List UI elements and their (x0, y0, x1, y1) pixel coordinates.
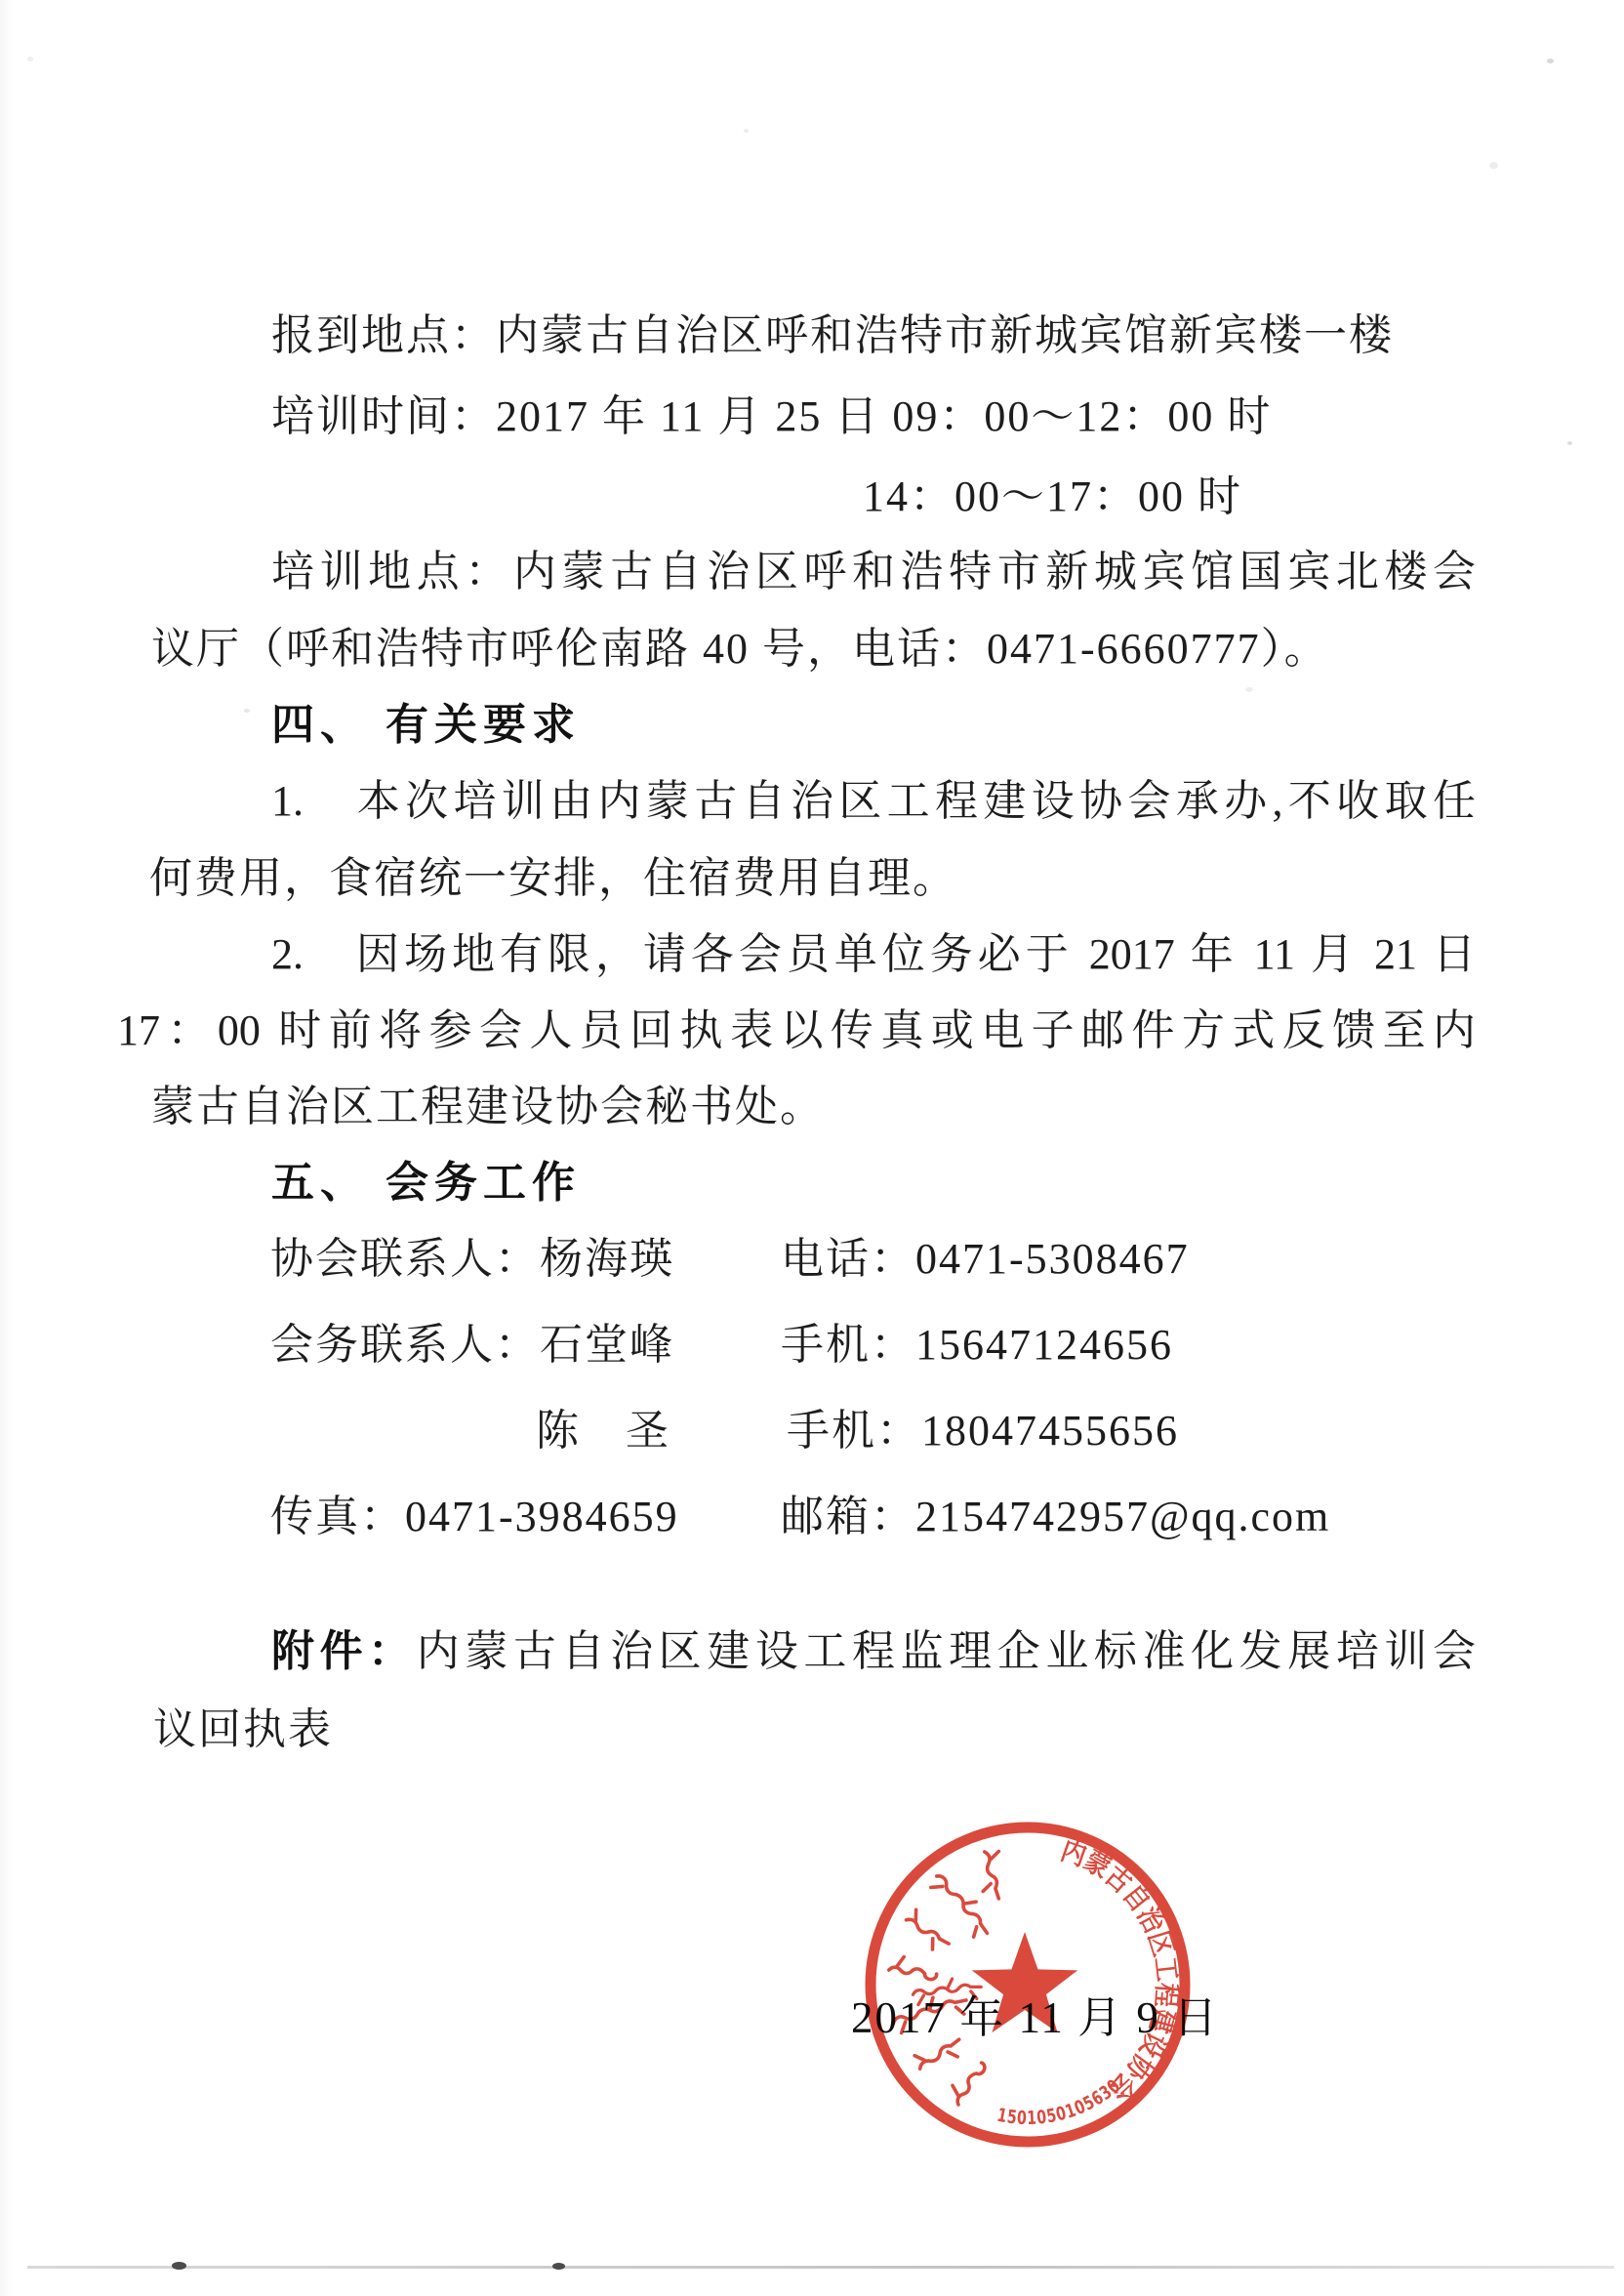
contact-name: 协会联系人：杨海瑛 (270, 1232, 674, 1286)
seal-star-icon (972, 1932, 1077, 2032)
contact-phone: 电话：0471-5308467 (781, 1232, 1190, 1286)
body-line-item-1: 1. 本次培训由内蒙古自治区工程建设协会承办,不收取任 (271, 774, 1476, 828)
section-heading-requirements: 四、 有关要求 (271, 698, 581, 752)
body-line-training-location-2: 议厅（呼和浩特市呼伦南路 40 号，电话：0471-6660777）。 (151, 622, 1329, 676)
contact-row: 陈 圣 手机：18047455656 (0, 1404, 1624, 1462)
official-seal: 内蒙古自治区工程建设协会 1501050105630 (859, 1816, 1197, 2153)
contact-phone: 手机：15647124656 (781, 1318, 1173, 1372)
paper-edge-mark (552, 2263, 565, 2270)
contact-email: 邮箱：2154742957@qq.com (781, 1490, 1330, 1543)
contact-name: 陈 圣 (536, 1404, 670, 1457)
contact-row: 协会联系人：杨海瑛 电话：0471-5308467 (0, 1232, 1624, 1291)
body-line-item-2-cont: 17：00 时前将参会人员回执表以传真或电子邮件方式反馈至内 (117, 1004, 1476, 1057)
body-line-checkin-location: 报到地点：内蒙古自治区呼和浩特市新城宾馆新宾楼一楼 (271, 308, 1394, 362)
paper-edge-mark (172, 2262, 186, 2270)
attachment-title: 内蒙古自治区建设工程监理企业标准化发展培训会 (417, 1627, 1476, 1675)
scan-speck (27, 57, 33, 61)
contact-phone: 手机：18047455656 (787, 1404, 1179, 1457)
scan-speck (1547, 59, 1554, 63)
body-line-training-time-2: 14：00～17：00 时 (863, 470, 1242, 523)
contact-name: 会务联系人：石堂峰 (270, 1318, 674, 1372)
body-line-item-2-end: 蒙古自治区工程建设协会秘书处。 (151, 1080, 825, 1133)
body-line-training-location: 培训地点：内蒙古自治区呼和浩特市新城宾馆国宾北楼会 (271, 545, 1476, 598)
scanned-document-page: 报到地点：内蒙古自治区呼和浩特市新城宾馆新宾楼一楼 培训时间：2017 年 11… (0, 0, 1624, 2296)
attachment-line: 附件：内蒙古自治区建设工程监理企业标准化发展培训会 (271, 1624, 1476, 1678)
body-line-item-2: 2. 因场地有限，请各会员单位务必于 2017 年 11 月 21 日 (271, 927, 1476, 981)
scan-speck (744, 129, 749, 133)
paper-bottom-edge (27, 2266, 1614, 2269)
scan-speck (1489, 162, 1498, 169)
scan-edge-shadow (0, 0, 14, 2296)
attachment-label: 附件： (271, 1627, 417, 1675)
scan-speck (1567, 441, 1572, 445)
contact-row: 会务联系人：石堂峰 手机：15647124656 (0, 1318, 1624, 1376)
contact-fax: 传真：0471-3984659 (270, 1490, 679, 1543)
section-heading-conference-work: 五、 会务工作 (271, 1156, 581, 1209)
body-line-item-1-cont: 何费用，食宿统一安排，住宿费用自理。 (149, 851, 957, 905)
attachment-line-cont: 议回执表 (153, 1702, 333, 1756)
scan-speck (244, 709, 250, 713)
scan-speck (1245, 687, 1253, 692)
contact-row: 传真：0471-3984659 邮箱：2154742957@qq.com (0, 1490, 1624, 1548)
body-line-training-time: 培训时间：2017 年 11 月 25 日 09：00～12：00 时 (271, 389, 1272, 443)
